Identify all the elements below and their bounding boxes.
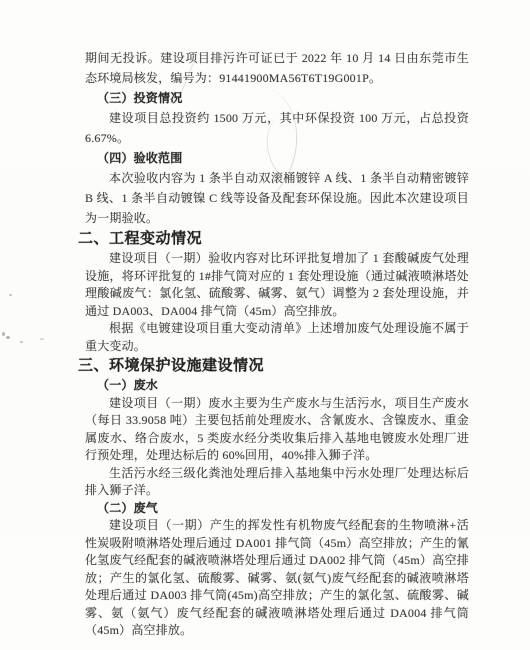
scan-artifact-speck xyxy=(40,338,44,340)
paragraph-permit-info: 期间无投诉。建设项目排污许可证已于 2022 年 10 月 14 日由东莞市生态… xyxy=(85,48,469,88)
subheading-wastewater: （一）废水 xyxy=(85,377,469,395)
subheading-acceptance-scope: （四）验收范围 xyxy=(85,148,469,168)
scan-artifact-speck xyxy=(2,332,5,336)
subheading-waste-gas: （二）废气 xyxy=(85,500,469,518)
subheading-investment: （三）投资情况 xyxy=(85,88,469,108)
heading-project-changes: 二、工程变动情况 xyxy=(78,228,469,250)
paragraph-project-changes: 建设项目（一期）验收内容对比环评批复增加了 1 套酸碱废气处理设施，将环评批复的… xyxy=(85,250,469,320)
paragraph-domestic-sewage: 生活污水经三级化粪池处理后排入基地集中污水处理厂处理达标后排入狮子洋。 xyxy=(85,465,469,500)
scanned-document-page: 期间无投诉。建设项目排污许可证已于 2022 年 10 月 14 日由东莞市生态… xyxy=(0,0,530,650)
heading-environmental-facilities: 三、环境保护设施建设情况 xyxy=(78,355,469,377)
paragraph-investment: 建设项目总投资约 1500 万元，其中环保投资 100 万元，占总投资 6.67… xyxy=(85,108,469,148)
document-body: 期间无投诉。建设项目排污许可证已于 2022 年 10 月 14 日由东莞市生态… xyxy=(85,48,469,640)
scan-artifact-speck xyxy=(20,341,23,343)
paragraph-acceptance-scope: 本次验收内容为 1 条半自动双滚桶镀锌 A 线、1 条半自动精密镀锌 B 线、1… xyxy=(85,168,469,228)
scan-artifact-speck xyxy=(6,336,10,339)
paragraph-change-note: 根据《电镀建设项目重大变动清单》上述增加废气处理设施不属于重大变动。 xyxy=(85,320,469,355)
scan-artifact-speck xyxy=(9,294,12,296)
page-number: 2 xyxy=(262,602,268,618)
paragraph-waste-gas: 建设项目（一期）产生的挥发性有机物废气经配套的生物喷淋+活性炭吸附喷淋塔处理后通… xyxy=(85,517,469,640)
paragraph-production-wastewater: 建设项目（一期）废水主要为生产废水与生活污水，项目生产废水（每日 33.9058… xyxy=(85,395,469,465)
